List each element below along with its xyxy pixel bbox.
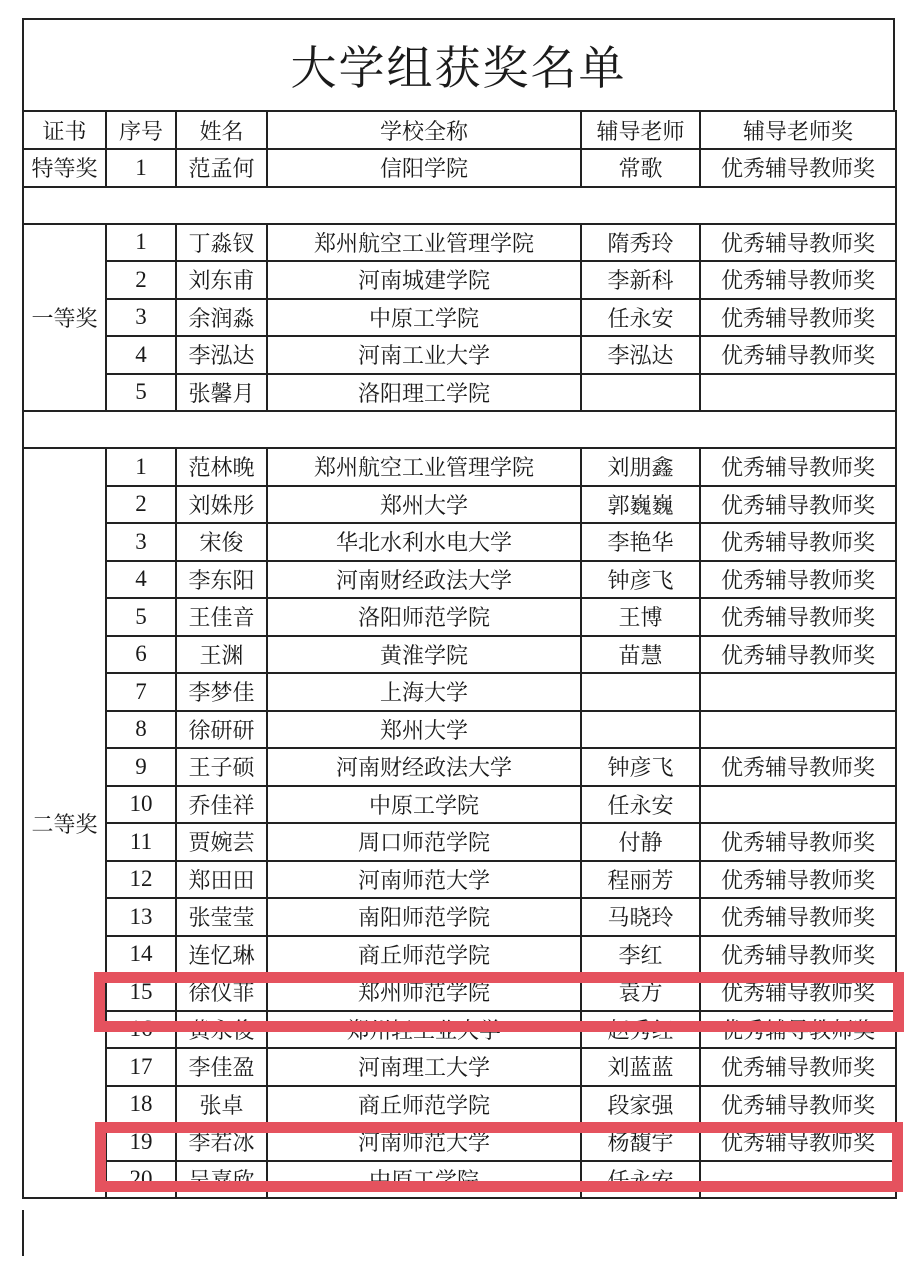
header-teacher-award: 辅导老师奖 [700,111,896,149]
teacher-cell: 钟彦飞 [581,561,700,599]
number-cell: 8 [106,711,176,749]
name-cell: 李东阳 [176,561,267,599]
award-list-sheet: 大学组获奖名单 证书 序号 姓名 学校全称 辅导老师 辅导老师奖 特等奖1范孟何… [22,18,895,1199]
school-cell: 洛阳理工学院 [267,374,581,412]
page-title: 大学组获奖名单 [22,18,895,110]
teacher-award-cell: 优秀辅导教师奖 [700,1048,896,1086]
number-cell: 4 [106,561,176,599]
table-row: 4李东阳河南财经政法大学钟彦飞优秀辅导教师奖 [23,561,896,599]
spacer-cell [23,411,896,448]
table-row: 10乔佳祥中原工学院任永安 [23,786,896,824]
school-cell: 商丘师范学院 [267,936,581,974]
teacher-cell: 刘朋鑫 [581,448,700,486]
name-cell: 范林晚 [176,448,267,486]
table-row: 3余润淼中原工学院任永安优秀辅导教师奖 [23,299,896,337]
school-cell: 郑州大学 [267,711,581,749]
table-row: 特等奖1范孟何信阳学院常歌优秀辅导教师奖 [23,149,896,187]
number-cell: 4 [106,336,176,374]
table-row: 11贾婉芸周口师范学院付静优秀辅导教师奖 [23,823,896,861]
school-cell: 郑州航空工业管理学院 [267,448,581,486]
name-cell: 余润淼 [176,299,267,337]
teacher-cell: 任永安 [581,786,700,824]
name-cell: 贾婉芸 [176,823,267,861]
header-number: 序号 [106,111,176,149]
teacher-cell: 马晓玲 [581,898,700,936]
teacher-cell [581,711,700,749]
teacher-award-cell: 优秀辅导教师奖 [700,299,896,337]
teacher-award-cell: 优秀辅导教师奖 [700,561,896,599]
teacher-award-cell: 优秀辅导教师奖 [700,1123,896,1161]
number-cell: 10 [106,786,176,824]
school-cell: 河南财经政法大学 [267,748,581,786]
school-cell: 郑州大学 [267,486,581,524]
school-cell: 中原工学院 [267,1161,581,1199]
teacher-award-cell: 优秀辅导教师奖 [700,636,896,674]
teacher-award-cell: 优秀辅导教师奖 [700,1086,896,1124]
teacher-award-cell [700,786,896,824]
teacher-award-cell: 优秀辅导教师奖 [700,823,896,861]
name-cell: 乔佳祥 [176,786,267,824]
number-cell: 7 [106,673,176,711]
name-cell: 刘姝彤 [176,486,267,524]
school-cell: 黄淮学院 [267,636,581,674]
name-cell: 郑田田 [176,861,267,899]
table-row: 9王子硕河南财经政法大学钟彦飞优秀辅导教师奖 [23,748,896,786]
number-cell: 5 [106,374,176,412]
name-cell: 王佳音 [176,598,267,636]
table-row: 一等奖1丁淼钗郑州航空工业管理学院隋秀玲优秀辅导教师奖 [23,224,896,262]
school-cell: 商丘师范学院 [267,1086,581,1124]
number-cell: 2 [106,486,176,524]
teacher-cell: 郭巍巍 [581,486,700,524]
header-name: 姓名 [176,111,267,149]
name-cell: 宋俊 [176,523,267,561]
table-row: 12郑田田河南师范大学程丽芳优秀辅导教师奖 [23,861,896,899]
school-cell: 华北水利水电大学 [267,523,581,561]
number-cell: 9 [106,748,176,786]
teacher-award-cell: 优秀辅导教师奖 [700,598,896,636]
teacher-award-cell: 优秀辅导教师奖 [700,748,896,786]
number-cell: 1 [106,448,176,486]
table-row: 6王渊黄淮学院苗慧优秀辅导教师奖 [23,636,896,674]
table-row: 16黄永俊郑州轻工业大学赵秀红优秀辅导教师奖 [23,1011,896,1049]
teacher-cell [581,673,700,711]
name-cell: 徐研研 [176,711,267,749]
name-cell: 李泓达 [176,336,267,374]
teacher-award-cell [700,673,896,711]
table-row: 18张卓商丘师范学院段家强优秀辅导教师奖 [23,1086,896,1124]
number-cell: 14 [106,936,176,974]
number-cell: 3 [106,523,176,561]
teacher-award-cell: 优秀辅导教师奖 [700,149,896,187]
teacher-award-cell [700,1161,896,1199]
spacer-row [23,411,896,448]
teacher-cell: 袁方 [581,973,700,1011]
number-cell: 1 [106,224,176,262]
teacher-award-cell: 优秀辅导教师奖 [700,936,896,974]
teacher-award-cell: 优秀辅导教师奖 [700,336,896,374]
teacher-cell: 李泓达 [581,336,700,374]
table-row: 17李佳盈河南理工大学刘蓝蓝优秀辅导教师奖 [23,1048,896,1086]
table-row: 二等奖1范林晚郑州航空工业管理学院刘朋鑫优秀辅导教师奖 [23,448,896,486]
name-cell: 黄永俊 [176,1011,267,1049]
table-row: 15徐仪菲郑州师范学院袁方优秀辅导教师奖 [23,973,896,1011]
name-cell: 王渊 [176,636,267,674]
teacher-award-cell: 优秀辅导教师奖 [700,898,896,936]
school-cell: 郑州轻工业大学 [267,1011,581,1049]
table-row: 5王佳音洛阳师范学院王博优秀辅导教师奖 [23,598,896,636]
number-cell: 17 [106,1048,176,1086]
name-cell: 吴嘉欣 [176,1161,267,1199]
school-cell: 郑州航空工业管理学院 [267,224,581,262]
number-cell: 15 [106,973,176,1011]
school-cell: 河南师范大学 [267,861,581,899]
name-cell: 李若冰 [176,1123,267,1161]
first-prize-label: 一等奖 [23,224,106,412]
teacher-cell: 钟彦飞 [581,748,700,786]
school-cell: 河南工业大学 [267,336,581,374]
teacher-cell: 苗慧 [581,636,700,674]
teacher-cell: 李艳华 [581,523,700,561]
teacher-cell: 常歌 [581,149,700,187]
school-cell: 中原工学院 [267,299,581,337]
name-cell: 王子硕 [176,748,267,786]
table-row: 2刘姝彤郑州大学郭巍巍优秀辅导教师奖 [23,486,896,524]
table-row: 5张馨月洛阳理工学院 [23,374,896,412]
teacher-award-cell [700,711,896,749]
header-certificate: 证书 [23,111,106,149]
name-cell: 李梦佳 [176,673,267,711]
name-cell: 张莹莹 [176,898,267,936]
teacher-award-cell: 优秀辅导教师奖 [700,973,896,1011]
teacher-cell: 付静 [581,823,700,861]
number-cell: 13 [106,898,176,936]
teacher-award-cell: 优秀辅导教师奖 [700,486,896,524]
teacher-award-cell: 优秀辅导教师奖 [700,1011,896,1049]
number-cell: 3 [106,299,176,337]
school-cell: 河南财经政法大学 [267,561,581,599]
number-cell: 1 [106,149,176,187]
teacher-cell: 赵秀红 [581,1011,700,1049]
award-table: 证书 序号 姓名 学校全称 辅导老师 辅导老师奖 特等奖1范孟何信阳学院常歌优秀… [22,110,897,1199]
name-cell: 范孟何 [176,149,267,187]
teacher-award-cell: 优秀辅导教师奖 [700,224,896,262]
school-cell: 河南城建学院 [267,261,581,299]
header-row: 证书 序号 姓名 学校全称 辅导老师 辅导老师奖 [23,111,896,149]
number-cell: 2 [106,261,176,299]
header-teacher: 辅导老师 [581,111,700,149]
school-cell: 信阳学院 [267,149,581,187]
number-cell: 18 [106,1086,176,1124]
number-cell: 11 [106,823,176,861]
name-cell: 张馨月 [176,374,267,412]
teacher-cell: 任永安 [581,299,700,337]
school-cell: 郑州师范学院 [267,973,581,1011]
teacher-cell: 刘蓝蓝 [581,1048,700,1086]
number-cell: 5 [106,598,176,636]
teacher-cell: 王博 [581,598,700,636]
teacher-award-cell [700,374,896,412]
table-row: 7李梦佳上海大学 [23,673,896,711]
teacher-cell: 杨馥宇 [581,1123,700,1161]
name-cell: 张卓 [176,1086,267,1124]
teacher-award-cell: 优秀辅导教师奖 [700,261,896,299]
table-row: 20吴嘉欣中原工学院任永安 [23,1161,896,1199]
number-cell: 6 [106,636,176,674]
table-row: 3宋俊华北水利水电大学李艳华优秀辅导教师奖 [23,523,896,561]
name-cell: 徐仪菲 [176,973,267,1011]
teacher-award-cell: 优秀辅导教师奖 [700,861,896,899]
table-row: 14连忆琳商丘师范学院李红优秀辅导教师奖 [23,936,896,974]
spacer-row [23,187,896,224]
table-row: 2刘东甫河南城建学院李新科优秀辅导教师奖 [23,261,896,299]
table-row: 13张莹莹南阳师范学院马晓玲优秀辅导教师奖 [23,898,896,936]
table-row: 4李泓达河南工业大学李泓达优秀辅导教师奖 [23,336,896,374]
second-prize-label: 二等奖 [23,448,106,1198]
number-cell: 12 [106,861,176,899]
number-cell: 20 [106,1161,176,1199]
teacher-cell: 任永安 [581,1161,700,1199]
teacher-cell: 李新科 [581,261,700,299]
number-cell: 19 [106,1123,176,1161]
special-prize-label: 特等奖 [23,149,106,187]
name-cell: 连忆琳 [176,936,267,974]
teacher-cell: 程丽芳 [581,861,700,899]
teacher-cell [581,374,700,412]
teacher-award-cell: 优秀辅导教师奖 [700,448,896,486]
spacer-cell [23,187,896,224]
name-cell: 丁淼钗 [176,224,267,262]
table-row: 8徐研研郑州大学 [23,711,896,749]
teacher-award-cell: 优秀辅导教师奖 [700,523,896,561]
table-row: 19李若冰河南师范大学杨馥宇优秀辅导教师奖 [23,1123,896,1161]
school-cell: 上海大学 [267,673,581,711]
teacher-cell: 段家强 [581,1086,700,1124]
table-left-border [22,1210,24,1256]
name-cell: 刘东甫 [176,261,267,299]
school-cell: 河南理工大学 [267,1048,581,1086]
number-cell: 16 [106,1011,176,1049]
teacher-cell: 李红 [581,936,700,974]
header-school: 学校全称 [267,111,581,149]
teacher-cell: 隋秀玲 [581,224,700,262]
school-cell: 中原工学院 [267,786,581,824]
school-cell: 周口师范学院 [267,823,581,861]
school-cell: 南阳师范学院 [267,898,581,936]
school-cell: 河南师范大学 [267,1123,581,1161]
school-cell: 洛阳师范学院 [267,598,581,636]
name-cell: 李佳盈 [176,1048,267,1086]
